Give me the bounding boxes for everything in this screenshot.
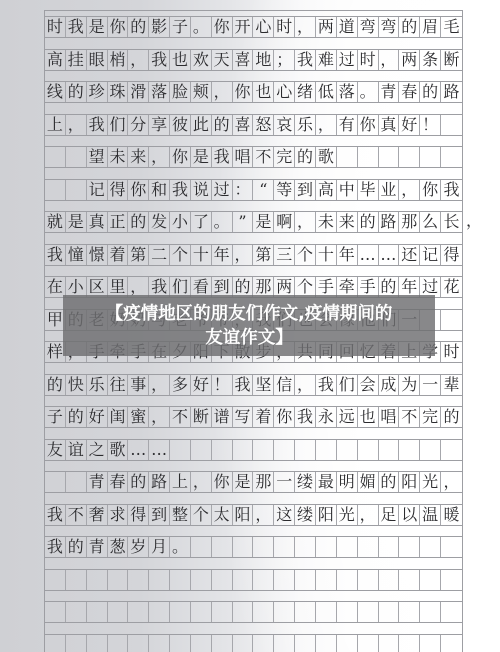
grid-cell: 的 [66, 537, 87, 557]
grid-cell [441, 570, 462, 590]
grid-cell: 着 [253, 407, 274, 427]
grid-cell: … [379, 245, 400, 265]
grid-cell: 正 [108, 212, 129, 232]
grid-cell: 一 [274, 472, 295, 492]
grid-cell [295, 440, 316, 460]
grid-cell: 第 [128, 245, 149, 265]
grid-cell: 。 [191, 17, 212, 37]
grid-cell: 年 [337, 245, 358, 265]
grid-cell [212, 440, 233, 460]
grid-cell [87, 602, 108, 622]
grid-cell [420, 602, 441, 622]
grid-cell: 毛 [441, 17, 462, 37]
grid-cell: 的 [66, 82, 87, 102]
grid-row: 望未来，你是我唱不完的歌 [45, 146, 462, 168]
grid-row: 我的青葱岁月。 [45, 536, 462, 558]
grid-cell: ， [128, 50, 149, 70]
grid-cell [45, 570, 66, 590]
grid-cell: 。 [212, 212, 233, 232]
grid-cell: 成 [379, 375, 400, 395]
grid-cell: ， [316, 115, 337, 135]
grid-cell: 时 [274, 17, 295, 37]
grid-cell: 记 [420, 245, 441, 265]
grid-cell: 太 [212, 505, 233, 525]
grid-cell: 发 [149, 212, 170, 232]
grid-cell: 望 [87, 147, 108, 167]
grid-cell [108, 602, 129, 622]
grid-cell: 坚 [253, 375, 274, 395]
grid-cell: 未 [108, 147, 129, 167]
grid-cell: ， [253, 505, 274, 525]
grid-cell: 蜜 [128, 407, 149, 427]
grid-cell: 的 [212, 115, 233, 135]
grid-cell [441, 310, 462, 330]
grid-cell: 上 [45, 115, 66, 135]
grid-cell: 光 [337, 505, 358, 525]
grid-cell: ， [149, 375, 170, 395]
grid-cell: 过 [337, 50, 358, 70]
grid-cell: 长 [441, 212, 462, 232]
grid-cell [66, 602, 87, 622]
grid-cell: 到 [149, 505, 170, 525]
grid-cell: 之 [87, 440, 108, 460]
grid-cell: 等 [274, 180, 295, 200]
grid-cell [233, 570, 254, 590]
grid-cell: 小 [170, 212, 191, 232]
grid-cell: 两 [274, 277, 295, 297]
grid-cell [441, 602, 462, 622]
grid-cell: … [149, 440, 170, 460]
grid-cell [379, 440, 400, 460]
grid-cell [274, 570, 295, 590]
grid-cell: 区 [87, 277, 108, 297]
grid-cell [45, 602, 66, 622]
grid-cell: 看 [191, 277, 212, 297]
grid-cell: 子 [45, 407, 66, 427]
grid-cell: 们 [108, 115, 129, 135]
margin-comma: ， [466, 208, 482, 231]
grid-cell [274, 440, 295, 460]
grid-cell: 地 [253, 50, 274, 70]
grid-cell: 毕 [358, 180, 379, 200]
grid-cell: 你 [274, 407, 295, 427]
grid-cell: 不 [253, 147, 274, 167]
grid-cell [87, 635, 108, 652]
grid-cell [379, 147, 400, 167]
grid-cell: 青 [87, 537, 108, 557]
grid-cell: ， [128, 277, 149, 297]
grid-cell: 也 [170, 50, 191, 70]
grid-cell [212, 602, 233, 622]
grid-cell: 岁 [128, 537, 149, 557]
grid-cell: 落 [337, 82, 358, 102]
grid-cell [420, 570, 441, 590]
grid-cell [399, 602, 420, 622]
grid-cell: 心 [274, 82, 295, 102]
grid-cell: 不 [170, 407, 191, 427]
grid-cell [149, 570, 170, 590]
grid-cell: 得 [128, 505, 149, 525]
grid-cell: 真 [379, 115, 400, 135]
grid-cell [212, 635, 233, 652]
grid-cell [253, 602, 274, 622]
grid-cell: 我 [233, 375, 254, 395]
grid-cell: 会 [358, 375, 379, 395]
grid-cell: 个 [295, 277, 316, 297]
grid-row: 我不奢求得到整个太阳，这缕阳光，足以温暖 [45, 504, 462, 526]
grid-cell: 道 [337, 17, 358, 37]
grid-cell: ， [399, 180, 420, 200]
grid-cell [108, 635, 129, 652]
grid-cell: 过 [212, 180, 233, 200]
grid-cell: 我 [149, 277, 170, 297]
grid-cell: 憬 [87, 245, 108, 265]
grid-cell: 在 [45, 277, 66, 297]
grid-cell: 你 [420, 180, 441, 200]
grid-cell [337, 570, 358, 590]
grid-cell: 路 [379, 212, 400, 232]
grid-cell: 我 [66, 17, 87, 37]
grid-cell: 快 [66, 375, 87, 395]
grid-row: 青春的路上，你是那一缕最明媚的阳光， [45, 471, 462, 493]
grid-cell [233, 537, 254, 557]
grid-cell [316, 570, 337, 590]
grid-cell: 影 [149, 17, 170, 37]
grid-cell: 我 [316, 375, 337, 395]
grid-cell [399, 440, 420, 460]
grid-cell: 这 [274, 505, 295, 525]
grid-cell: 花 [441, 277, 462, 297]
grid-cell [253, 635, 274, 652]
grid-cell: 颊 [191, 82, 212, 102]
grid-cell: ” [233, 212, 254, 232]
grid-cell: 到 [295, 180, 316, 200]
grid-cell [191, 635, 212, 652]
grid-row: 上，我们分享彼此的喜怒哀乐，有你真好！ [45, 114, 462, 136]
grid-cell [45, 147, 66, 167]
grid-cell [379, 537, 400, 557]
grid-cell [379, 635, 400, 652]
grid-cell: 怒 [253, 115, 274, 135]
grid-cell [420, 147, 441, 167]
grid-cell [128, 602, 149, 622]
grid-cell: 过 [420, 277, 441, 297]
grid-cell: 眉 [420, 17, 441, 37]
grid-cell [358, 440, 379, 460]
grid-cell: 珠 [108, 82, 129, 102]
grid-cell: 你 [233, 82, 254, 102]
grid-cell [441, 635, 462, 652]
grid-cell: 那 [399, 212, 420, 232]
grid-cell: ， [358, 505, 379, 525]
grid-row: 就是真正的发小了。”是啊，未来的路那么长 [45, 211, 462, 233]
grid-cell: 为 [399, 375, 420, 395]
grid-cell: ； [274, 50, 295, 70]
grid-cell: 往 [108, 375, 129, 395]
grid-cell: ， [149, 147, 170, 167]
grid-cell: 了 [191, 212, 212, 232]
grid-cell: “ [253, 180, 274, 200]
grid-cell [253, 570, 274, 590]
grid-cell [337, 147, 358, 167]
grid-cell [233, 440, 254, 460]
grid-cell: 完 [274, 147, 295, 167]
grid-cell [87, 570, 108, 590]
grid-cell: 我 [170, 180, 191, 200]
grid-cell: 我 [212, 147, 233, 167]
grid-cell: 两 [316, 17, 337, 37]
grid-cell: 友 [45, 440, 66, 460]
grid-row: 我憧憬着第二个十年，第三个十年……还记得 [45, 244, 462, 266]
grid-cell [399, 537, 420, 557]
grid-cell: 得 [441, 245, 462, 265]
grid-cell: 月 [149, 537, 170, 557]
grid-cell: 到 [212, 277, 233, 297]
grid-cell: 里 [108, 277, 129, 297]
grid-cell: 啊 [274, 212, 295, 232]
grid-cell [170, 440, 191, 460]
grid-cell [66, 570, 87, 590]
grid-cell: 我 [45, 537, 66, 557]
grid-cell: 欢 [191, 50, 212, 70]
grid-cell: 手 [316, 277, 337, 297]
grid-cell: 时 [45, 17, 66, 37]
grid-cell: 辈 [441, 375, 462, 395]
grid-cell: 的 [128, 212, 149, 232]
grid-cell: 分 [128, 115, 149, 135]
grid-cell [45, 180, 66, 200]
grid-cell [379, 570, 400, 590]
grid-cell: 我 [45, 245, 66, 265]
grid-cell: ， [149, 407, 170, 427]
grid-cell: 不 [66, 505, 87, 525]
grid-cell: ， [379, 50, 400, 70]
grid-cell: 暖 [441, 505, 462, 525]
grid-cell: 我 [45, 505, 66, 525]
grid-cell: 你 [128, 180, 149, 200]
grid-cell: 真 [87, 212, 108, 232]
grid-cell: 个 [295, 245, 316, 265]
grid-cell: ， [212, 82, 233, 102]
grid-cell: ， [295, 17, 316, 37]
grid-cell [233, 602, 254, 622]
grid-row: 记得你和我说过：“等到高中毕业，你我 [45, 179, 462, 201]
grid-cell: 春 [399, 82, 420, 102]
grid-row [45, 634, 462, 652]
grid-cell [358, 147, 379, 167]
grid-cell: 十 [191, 245, 212, 265]
grid-cell: 好 [191, 375, 212, 395]
grid-cell: 滑 [128, 82, 149, 102]
grid-cell: ， [441, 472, 462, 492]
grid-cell: 唱 [379, 407, 400, 427]
grid-cell: 是 [66, 212, 87, 232]
grid-cell [379, 602, 400, 622]
grid-cell: ， [295, 375, 316, 395]
grid-cell [274, 635, 295, 652]
grid-cell: 们 [337, 375, 358, 395]
grid-cell [191, 537, 212, 557]
grid-cell: 你 [212, 17, 233, 37]
grid-cell: 乐 [295, 115, 316, 135]
grid-cell: 求 [108, 505, 129, 525]
grid-cell [358, 635, 379, 652]
grid-cell: … [128, 440, 149, 460]
grid-cell: 低 [316, 82, 337, 102]
grid-cell [295, 537, 316, 557]
grid-cell: 足 [379, 505, 400, 525]
grid-cell: 牵 [337, 277, 358, 297]
grid-cell: 此 [191, 115, 212, 135]
grid-cell [441, 115, 462, 135]
grid-cell [191, 602, 212, 622]
grid-cell [399, 147, 420, 167]
grid-cell: 十 [316, 245, 337, 265]
grid-cell: 温 [420, 505, 441, 525]
grid-cell: 乐 [87, 375, 108, 395]
grid-cell: 的 [128, 17, 149, 37]
grid-cell: ， [233, 245, 254, 265]
grid-cell: 路 [441, 82, 462, 102]
grid-cell: 的 [441, 407, 462, 427]
grid-cell: ！ [212, 375, 233, 395]
grid-cell: 年 [212, 245, 233, 265]
grid-cell: 珍 [87, 82, 108, 102]
grid-cell: 来 [337, 212, 358, 232]
grid-cell: 业 [379, 180, 400, 200]
grid-cell: 最 [316, 472, 337, 492]
grid-cell: 喜 [233, 50, 254, 70]
grid-cell: ， [66, 115, 87, 135]
grid-cell [128, 570, 149, 590]
grid-cell: 那 [253, 277, 274, 297]
grid-cell: 心 [253, 17, 274, 37]
grid-cell: 的 [66, 407, 87, 427]
grid-cell [420, 635, 441, 652]
grid-cell: 我 [295, 50, 316, 70]
grid-cell [420, 440, 441, 460]
grid-cell [149, 635, 170, 652]
grid-cell [66, 472, 87, 492]
grid-cell: 不 [399, 407, 420, 427]
grid-cell [212, 537, 233, 557]
grid-cell [233, 635, 254, 652]
grid-cell: 们 [170, 277, 191, 297]
grid-cell [253, 537, 274, 557]
grid-cell [295, 635, 316, 652]
grid-cell: 享 [149, 115, 170, 135]
grid-row: 子的好闺蜜，不断谱写着你我永远也唱不完的 [45, 406, 462, 428]
grid-cell: 梢 [108, 50, 129, 70]
title-line-2: 友谊作文】 [205, 326, 293, 350]
grid-cell: 有 [337, 115, 358, 135]
grid-cell: 的 [420, 82, 441, 102]
grid-cell: 也 [253, 82, 274, 102]
grid-cell: 好 [87, 407, 108, 427]
grid-row: 高挂眼梢，我也欢天喜地；我难过时，两条断 [45, 49, 462, 71]
grid-cell [212, 570, 233, 590]
grid-cell: 。 [170, 537, 191, 557]
grid-cell: 缕 [295, 505, 316, 525]
grid-cell: 三 [274, 245, 295, 265]
grid-cell [441, 440, 462, 460]
grid-cell: 手 [358, 277, 379, 297]
grid-cell [170, 635, 191, 652]
grid-cell [337, 602, 358, 622]
grid-cell [316, 440, 337, 460]
grid-cell: 春 [108, 472, 129, 492]
grid-cell: 的 [379, 277, 400, 297]
grid-cell: 和 [149, 180, 170, 200]
grid-cell [441, 537, 462, 557]
grid-cell: 喜 [233, 115, 254, 135]
grid-cell: 第 [253, 245, 274, 265]
grid-cell: 缕 [295, 472, 316, 492]
grid-cell: 的 [128, 472, 149, 492]
grid-cell [295, 602, 316, 622]
grid-cell: 闺 [108, 407, 129, 427]
grid-cell: 弯 [379, 17, 400, 37]
grid-cell: 的 [45, 375, 66, 395]
grid-cell: 歌 [316, 147, 337, 167]
grid-cell [66, 635, 87, 652]
grid-cell: 二 [149, 245, 170, 265]
grid-cell [170, 570, 191, 590]
grid-cell [358, 537, 379, 557]
grid-cell: 的 [399, 17, 420, 37]
grid-cell: 路 [149, 472, 170, 492]
grid-cell: ： [233, 180, 254, 200]
grid-cell: 也 [358, 407, 379, 427]
grid-cell: 哀 [274, 115, 295, 135]
grid-cell: 青 [87, 472, 108, 492]
grid-cell: 憧 [66, 245, 87, 265]
grid-cell: 弯 [358, 17, 379, 37]
grid-cell: 的 [295, 147, 316, 167]
grid-cell: 谱 [212, 407, 233, 427]
grid-cell [66, 147, 87, 167]
grid-cell [399, 570, 420, 590]
grid-cell: 么 [420, 212, 441, 232]
grid-cell: 一 [420, 375, 441, 395]
grid-cell [253, 440, 274, 460]
grid-row: 线的珍珠滑落脸颊，你也心绪低落。青春的路 [45, 81, 462, 103]
grid-cell [45, 472, 66, 492]
grid-cell: 我 [149, 50, 170, 70]
grid-cell: 断 [441, 50, 462, 70]
grid-cell: 光 [420, 472, 441, 492]
grid-cell: 还 [399, 245, 420, 265]
grid-cell: 落 [149, 82, 170, 102]
grid-cell: 就 [45, 212, 66, 232]
grid-cell: 得 [108, 180, 129, 200]
grid-cell: 挂 [66, 50, 87, 70]
grid-cell [399, 635, 420, 652]
grid-cell [337, 635, 358, 652]
grid-cell: 开 [233, 17, 254, 37]
grid-cell: 上 [170, 472, 191, 492]
grid-cell: 子 [170, 17, 191, 37]
grid-cell [358, 602, 379, 622]
grid-cell: 是 [191, 147, 212, 167]
grid-cell: 未 [316, 212, 337, 232]
grid-cell: ， [191, 472, 212, 492]
grid-cell [274, 602, 295, 622]
grid-row: 的快乐往事，多好！我坚信，我们会成为一辈 [45, 374, 462, 396]
grid-cell: 彼 [170, 115, 191, 135]
grid-cell: 线 [45, 82, 66, 102]
grid-cell: 记 [87, 180, 108, 200]
